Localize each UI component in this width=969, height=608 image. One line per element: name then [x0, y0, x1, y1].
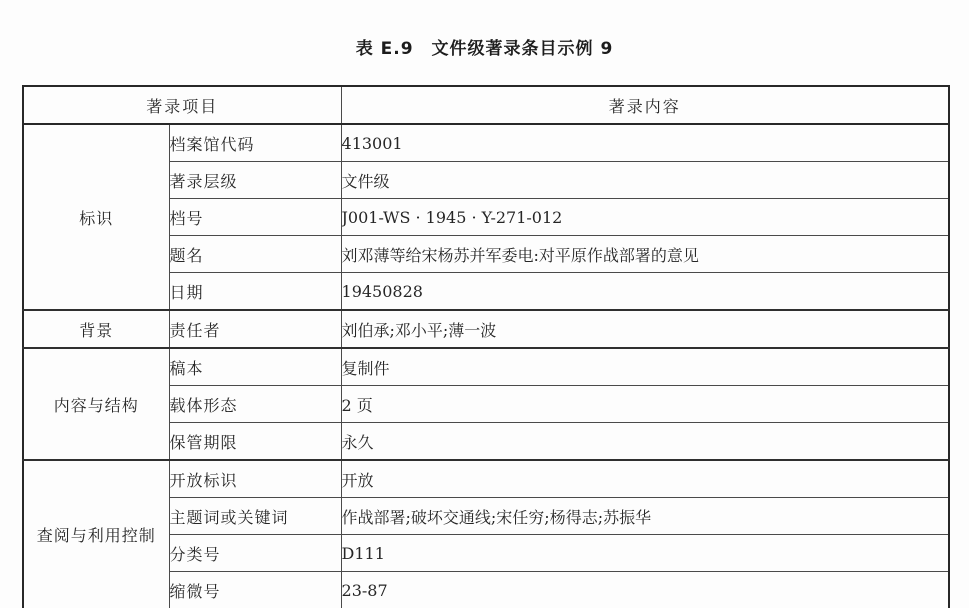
page-title: 表 E.9 文件级著录条目示例 9	[0, 34, 969, 59]
header-cell-items: 著录项目	[23, 86, 341, 124]
row-label: 著录层级	[169, 162, 341, 199]
row-value: 413001	[341, 124, 949, 162]
group-cell-background: 背景	[23, 310, 169, 348]
row-value: 2 页	[341, 386, 949, 423]
row-label: 题名	[169, 236, 341, 273]
row-value: 文件级	[341, 162, 949, 199]
header-cell-content: 著录内容	[341, 86, 949, 124]
row-value: 19450828	[341, 273, 949, 311]
row-value: 开放	[341, 460, 949, 498]
row-label: 档案馆代码	[169, 124, 341, 162]
row-value: 复制件	[341, 348, 949, 386]
table-row: 标识 档案馆代码 413001	[23, 124, 949, 162]
row-value: D111	[341, 535, 949, 572]
row-label: 开放标识	[169, 460, 341, 498]
table-row: 背景 责任者 刘伯承;邓小平;薄一波	[23, 310, 949, 348]
row-value: 永久	[341, 423, 949, 461]
group-cell-identification: 标识	[23, 124, 169, 310]
row-value: 作战部署;破坏交通线;宋任穷;杨得志;苏振华	[341, 498, 949, 535]
table-row: 查阅与利用控制 开放标识 开放	[23, 460, 949, 498]
row-value: 刘邓薄等给宋杨苏并军委电:对平原作战部署的意见	[341, 236, 949, 273]
row-label: 保管期限	[169, 423, 341, 461]
group-cell-access-control: 查阅与利用控制	[23, 460, 169, 608]
table-header-row: 著录项目 著录内容	[23, 86, 949, 124]
table-row: 内容与结构 稿本 复制件	[23, 348, 949, 386]
row-label: 责任者	[169, 310, 341, 348]
row-value: 23-87	[341, 572, 949, 608]
row-value: 刘伯承;邓小平;薄一波	[341, 310, 949, 348]
row-label: 档号	[169, 199, 341, 236]
group-cell-content-structure: 内容与结构	[23, 348, 169, 460]
row-label: 稿本	[169, 348, 341, 386]
row-label: 缩微号	[169, 572, 341, 608]
row-label: 主题词或关键词	[169, 498, 341, 535]
row-label: 分类号	[169, 535, 341, 572]
row-label: 载体形态	[169, 386, 341, 423]
row-label: 日期	[169, 273, 341, 311]
document-page: 表 E.9 文件级著录条目示例 9 著录项目 著录内容 标识 档案馆代码 413…	[0, 0, 969, 608]
description-entry-table: 著录项目 著录内容 标识 档案馆代码 413001 著录层级 文件级 档号 J0…	[22, 85, 950, 608]
row-value: J001-WS · 1945 · Y-271-012	[341, 199, 949, 236]
